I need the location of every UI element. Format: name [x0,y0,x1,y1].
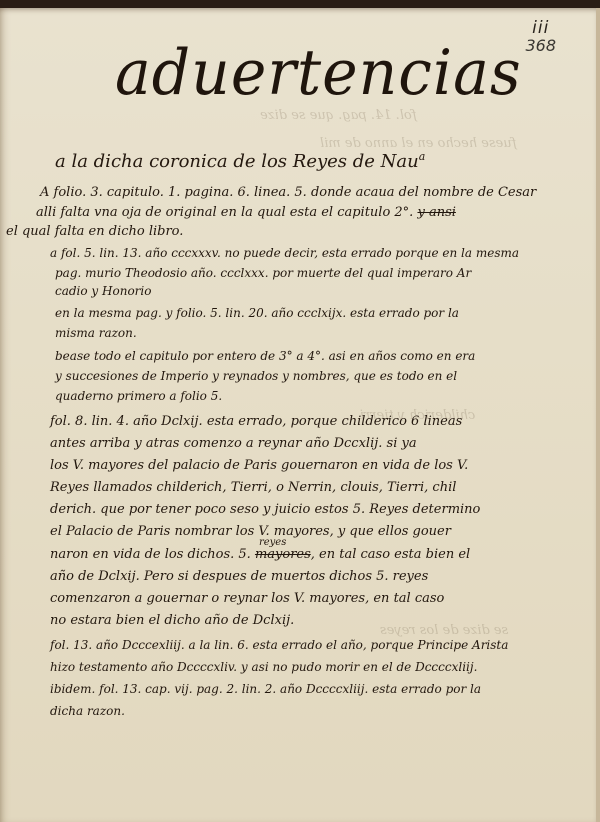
entry-line: derich. que por tener poco seso y juicio… [50,500,480,520]
entry-line: misma razon. [55,323,137,343]
bleed-through-text: fuese hecho en el anno de mil [320,136,516,151]
entry-line: bease todo el capitulo por entero de 3° … [55,346,475,366]
entry-line: antes arriba y atras comenzo a reynar añ… [50,434,417,454]
subtitle-text: a la dicha coronica de los Reyes de Nau [55,151,419,172]
page-subtitle: a la dicha coronica de los Reyes de Naua [55,150,425,172]
entry-line: y succesiones de Imperio y reynados y no… [55,366,457,386]
entry-line: alli falta vna oja de original en la qua… [36,203,456,223]
entry-line: el Palacio de Paris nombrar los V. mayor… [50,522,451,542]
entry-line: fol. 8. lin. 4. año Dclxij. esta errado,… [50,412,462,432]
entry-line: quaderno primero a folio 5. [55,386,222,406]
entry-line: año de Dclxij. Pero si despues de muerto… [50,567,428,587]
page-title: aduertencias [115,36,522,110]
entry-line: en la mesma pag. y folio. 5. lin. 20. añ… [55,303,459,323]
bleed-through-text: fol. 14. pag. que se dize [260,108,417,123]
folio-roman: iii [525,18,556,38]
entry-line: dicha razon. [50,701,125,721]
subtitle-superscript: a [419,150,426,163]
struck-text: y ansi [417,205,455,220]
entry-line: cadio y Honorio [55,281,151,301]
inserted-text: reyes [259,533,286,553]
folio-number: iii 368 [525,18,556,55]
entry-line: fol. 13. año Dcccexliij. a la lin. 6. es… [50,635,508,655]
entry-line: naron en vida de los dichos. 5. mayoresr… [50,545,470,565]
entry-line: pag. murio Theodosio año. ccclxxx. por m… [55,263,471,283]
entry-line: no estara bien el dicho año de Dclxij. [50,611,294,631]
entry-line: hizo testamento año Dccccxliv. y asi no … [50,657,477,677]
entry-line: comenzaron a gouernar o reynar los V. ma… [50,589,444,609]
entry-line: el qual falta en dicho libro. [6,222,183,242]
entry-line: los V. mayores del palacio de Paris goue… [50,456,468,476]
folio-arabic: 368 [525,36,556,55]
entry-line: ibidem. fol. 13. cap. vij. pag. 2. lin. … [50,679,481,699]
entry-line: a fol. 5. lin. 13. año cccxxxv. no puede… [50,243,519,263]
entry-line: A folio. 3. capitulo. 1. pagina. 6. line… [40,183,536,203]
entry-line: Reyes llamados childerich, Tierri, o Ner… [50,478,456,498]
manuscript-page: fol. 14. pag. que se dize fuese hecho en… [0,8,600,822]
